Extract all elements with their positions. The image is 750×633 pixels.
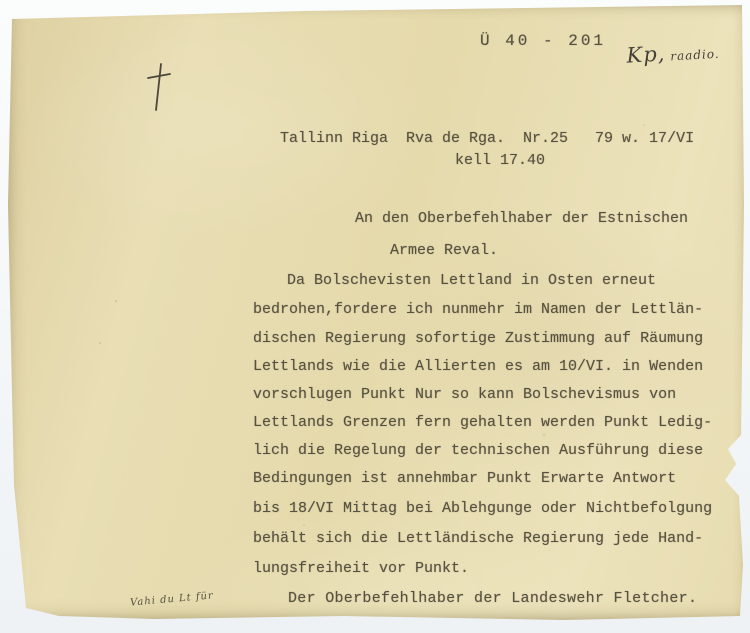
- signature-line: Der Oberbefehlhaber der Landeswehr Fletc…: [288, 590, 697, 608]
- body-line: behält sich die Lettländische Regierung …: [253, 530, 703, 548]
- paper-sheet: Ü 40 - 201 Kp, raadio. Tallinn Riga Rva …: [4, 5, 746, 623]
- handwritten-raadio: raadio.: [665, 47, 720, 64]
- body-line: dischen Regierung sofortige Zustimmung a…: [253, 330, 703, 348]
- body-line: lich die Regelung der technischen Ausfüh…: [253, 442, 703, 460]
- body-line: lungsfreiheit vor Punkt.: [253, 560, 469, 578]
- body-line: Bedingungen ist annehmbar Punkt Erwarte …: [253, 470, 676, 488]
- pencil-cross-mark: [146, 62, 174, 119]
- address-line-1: An den Oberbefehlhaber der Estnischen: [355, 210, 688, 228]
- handwritten-annotation-kp-raadio: Kp, raadio.: [594, 20, 721, 88]
- body-line: bis 18/VI Mittag bei Ablehgunge oder Nic…: [253, 500, 712, 518]
- body-line: Da Bolschevisten Lettland in Osten erneu…: [287, 272, 656, 290]
- body-line: vorschlugen Punkt Nur so kann Bolschevis…: [253, 386, 676, 404]
- address-line-2: Armee Reval.: [390, 242, 498, 260]
- archive-number-stamp: Ü 40 - 201: [480, 32, 606, 50]
- body-line: Lettlands Grenzen fern gehalten werden P…: [253, 414, 712, 432]
- body-line: bedrohen,fordere ich nunmehr im Namen de…: [253, 301, 703, 319]
- handwritten-margin-note: Vahi du Lt für: [130, 590, 215, 608]
- telegram-route-line: Tallinn Riga Rva de Rga. Nr.25 79 w. 17/…: [280, 130, 694, 148]
- scanned-telegram-document: Ü 40 - 201 Kp, raadio. Tallinn Riga Rva …: [0, 0, 750, 633]
- body-line: Lettlands wie die Allierten es am 10/VI.…: [253, 358, 703, 376]
- telegram-time-line: kell 17.40: [455, 152, 545, 170]
- handwritten-kp: Kp,: [626, 42, 666, 68]
